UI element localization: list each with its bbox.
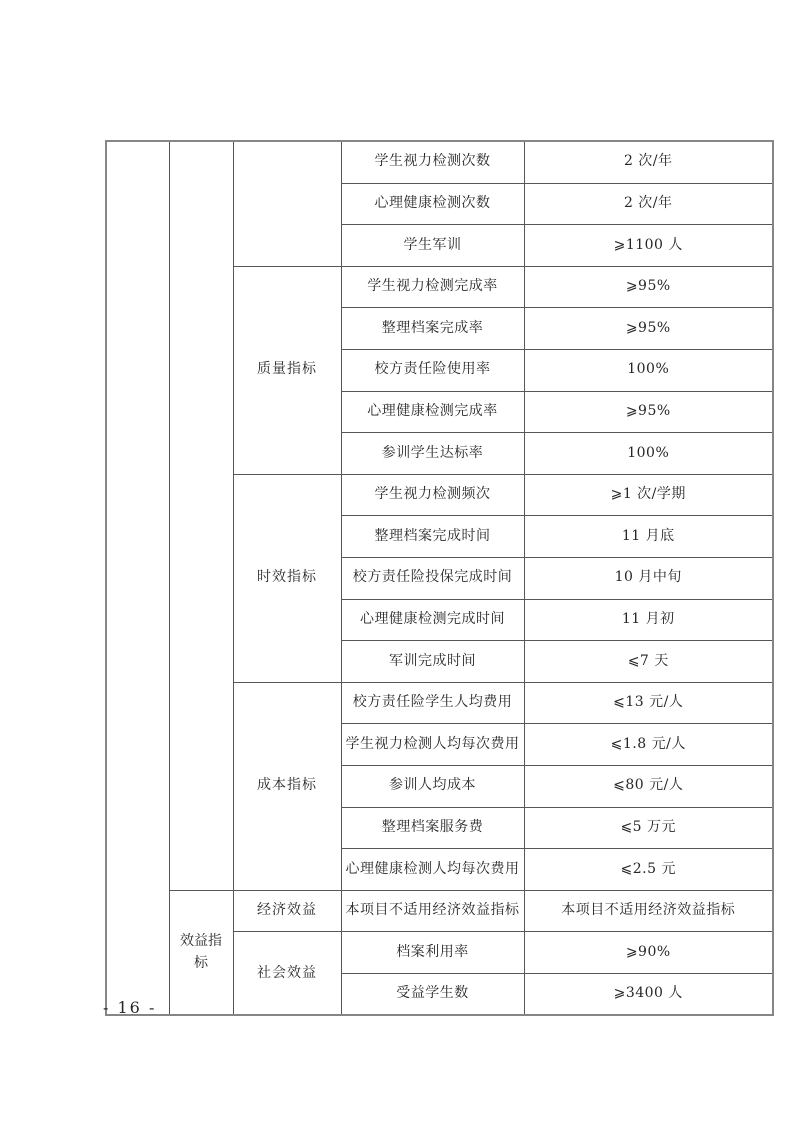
indicator-name-cell: 心理健康检测完成时间 — [341, 599, 524, 641]
indicator-name-cell: 校方责任险学生人均费用 — [341, 682, 524, 724]
indicator-name-cell: 校方责任险使用率 — [341, 349, 524, 391]
indicator-value-cell: 10 月中旬 — [524, 557, 773, 599]
indicator-value-cell: ⩾3400 人 — [524, 973, 773, 1015]
indicator-value-cell: ⩽7 天 — [524, 641, 773, 683]
indicator-name-cell: 心理健康检测完成率 — [341, 391, 524, 433]
indicator-name-cell: 学生军训 — [341, 225, 524, 267]
table-spanner-level1-cell — [106, 141, 169, 1015]
category-cell: 成本指标 — [233, 682, 341, 890]
indicator-value-cell: ⩾1100 人 — [524, 225, 773, 267]
indicator-value-cell: ⩽13 元/人 — [524, 682, 773, 724]
table-spanner-level2-cell — [169, 141, 233, 890]
indicator-value-cell: 2 次/年 — [524, 141, 773, 183]
indicator-table-body: 学生视力检测次数2 次/年心理健康检测次数2 次/年学生军训⩾1100 人质量指… — [106, 141, 773, 1015]
indicator-value-cell: ⩽80 元/人 — [524, 765, 773, 807]
indicator-name-cell: 整理档案服务费 — [341, 807, 524, 849]
indicator-value-cell: ⩽2.5 元 — [524, 849, 773, 891]
indicator-value-cell: 100% — [524, 433, 773, 475]
indicator-name-cell: 参训学生达标率 — [341, 433, 524, 475]
indicator-value-cell: ⩾95% — [524, 266, 773, 308]
table-row: 效益指标经济效益本项目不适用经济效益指标本项目不适用经济效益指标 — [106, 890, 773, 932]
table-row: 学生视力检测次数2 次/年 — [106, 141, 773, 183]
indicator-name-cell: 学生视力检测次数 — [341, 141, 524, 183]
category-cell: 社会效益 — [233, 932, 341, 1016]
category-cell: 经济效益 — [233, 890, 341, 932]
indicator-value-cell: ⩽5 万元 — [524, 807, 773, 849]
indicator-name-cell: 心理健康检测人均每次费用 — [341, 849, 524, 891]
indicator-name-cell: 受益学生数 — [341, 973, 524, 1015]
indicator-value-cell: 11 月底 — [524, 516, 773, 558]
category-cell: 质量指标 — [233, 266, 341, 474]
indicator-name-cell: 参训人均成本 — [341, 765, 524, 807]
category-cell: 时效指标 — [233, 474, 341, 682]
indicator-value-cell: 本项目不适用经济效益指标 — [524, 890, 773, 932]
indicator-name-cell: 校方责任险投保完成时间 — [341, 557, 524, 599]
document-page: 学生视力检测次数2 次/年心理健康检测次数2 次/年学生军训⩾1100 人质量指… — [0, 0, 793, 1122]
indicator-name-cell: 本项目不适用经济效益指标 — [341, 890, 524, 932]
page-number: - 16 - — [103, 998, 156, 1017]
indicator-name-cell: 档案利用率 — [341, 932, 524, 974]
indicator-name-cell: 学生视力检测完成率 — [341, 266, 524, 308]
indicator-value-cell: 100% — [524, 349, 773, 391]
indicator-name-cell: 学生视力检测人均每次费用 — [341, 724, 524, 766]
indicator-name-cell: 整理档案完成时间 — [341, 516, 524, 558]
table-spanner-level2-cell: 效益指标 — [169, 890, 233, 1015]
indicator-value-cell: 11 月初 — [524, 599, 773, 641]
indicator-name-cell: 军训完成时间 — [341, 641, 524, 683]
indicator-value-cell: 2 次/年 — [524, 183, 773, 225]
indicator-value-cell: ⩽1.8 元/人 — [524, 724, 773, 766]
performance-indicator-table: 学生视力检测次数2 次/年心理健康检测次数2 次/年学生军训⩾1100 人质量指… — [105, 140, 774, 1016]
indicator-name-cell: 学生视力检测频次 — [341, 474, 524, 516]
category-cell — [233, 141, 341, 266]
indicator-value-cell: ⩾90% — [524, 932, 773, 974]
indicator-value-cell: ⩾1 次/学期 — [524, 474, 773, 516]
indicator-name-cell: 整理档案完成率 — [341, 308, 524, 350]
indicator-name-cell: 心理健康检测次数 — [341, 183, 524, 225]
indicator-value-cell: ⩾95% — [524, 391, 773, 433]
indicator-value-cell: ⩾95% — [524, 308, 773, 350]
